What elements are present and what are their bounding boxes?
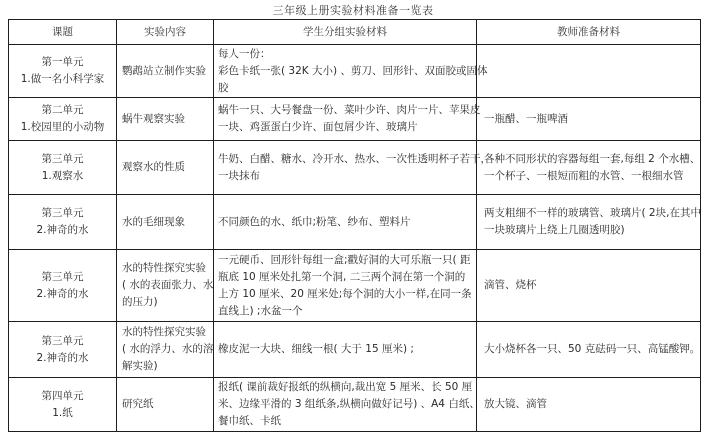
cell-teacher-materials-line: 大小烧杯各一只、50 克砝码一只、高锰酸钾。 [484, 341, 695, 358]
cell-teacher-materials: 一瓶醋、一瓶啤酒 [477, 98, 701, 141]
cell-topic: 第四单元1.纸 [9, 378, 117, 432]
cell-teacher-materials: 大小烧杯各一只、50 克砝码一只、高锰酸钾。 [477, 322, 701, 378]
cell-student-materials-line: 蜗牛一只、大号餐盘一份、菜叶少许、肉片一片、苹果皮 [218, 102, 471, 119]
cell-experiment-content-line: 水的毛细现象 [122, 214, 208, 231]
cell-experiment-content: 观察水的性质 [117, 141, 214, 195]
cell-experiment-content: 水的特性探究实验( 水的浮力、水的溶解实验) [117, 322, 214, 378]
cell-student-materials-line: 一块、鸡蛋蛋白少许、面包屑少许、玻璃片 [218, 119, 471, 136]
cell-topic: 第一单元1.做一名小科学家 [9, 45, 117, 98]
cell-topic: 第三单元2.神奇的水 [9, 195, 117, 250]
cell-teacher-materials: 各种不同形状的容器每组一套,每组 2 个水槽、一个杯子、一根短而粗的水管、一根细… [477, 141, 701, 195]
table-row: 第三单元2.神奇的水水的毛细现象不同颜色的水、纸巾;粉笔、纱布、塑料片两支粗细不… [9, 195, 701, 250]
cell-teacher-materials-line: 一块玻璃片上绕上几圈透明胶) [484, 222, 695, 239]
cell-teacher-materials-line: 放大镜、滴管 [484, 396, 695, 413]
cell-teacher-materials-line: 滴管、烧杯 [484, 277, 695, 294]
cell-teacher-materials: 滴管、烧杯 [477, 250, 701, 322]
cell-topic: 第三单元2.神奇的水 [9, 250, 117, 322]
cell-experiment-content: 水的特性探究实验( 水的表面张力、水的压力) [117, 250, 214, 322]
cell-topic-line: 1.校园里的小动物 [14, 119, 111, 136]
cell-topic: 第三单元1.观察水 [9, 141, 117, 195]
cell-topic-line: 第三单元 [14, 205, 111, 222]
cell-student-materials-line: 一元硬币、回形针每组一盒;戳好洞的大可乐瓶一只( 距 [218, 252, 471, 269]
materials-table: 课题 实验内容 学生分组实验材料 教师准备材料 第一单元1.做一名小科学家鹦鹉站… [8, 19, 701, 432]
cell-student-materials: 一元硬币、回形针每组一盒;戳好洞的大可乐瓶一只( 距瓶底 10 厘米处扎第一个洞… [214, 250, 477, 322]
document-title: 三年级上册实验材料准备一览表 [0, 2, 706, 18]
cell-student-materials: 蜗牛一只、大号餐盘一份、菜叶少许、肉片一片、苹果皮一块、鸡蛋蛋白少许、面包屑少许… [214, 98, 477, 141]
cell-teacher-materials: 两支粗细不一样的玻璃管、玻璃片( 2块,在其中一块玻璃片上绕上几圈透明胶) [477, 195, 701, 250]
cell-student-materials-line: 一块抹布 [218, 168, 471, 185]
cell-topic-line: 2.神奇的水 [14, 222, 111, 239]
cell-experiment-content: 研究纸 [117, 378, 214, 432]
cell-topic-line: 2.神奇的水 [14, 286, 111, 303]
cell-topic-line: 第二单元 [14, 102, 111, 119]
cell-teacher-materials [477, 45, 701, 98]
table-row: 第一单元1.做一名小科学家鹦鹉站立制作实验每人一份：彩色卡纸一张( 32K 大小… [9, 45, 701, 98]
cell-experiment-content-line: ( 水的表面张力、水 [122, 277, 208, 294]
cell-topic-line: 第三单元 [14, 333, 111, 350]
cell-student-materials-line: 不同颜色的水、纸巾;粉笔、纱布、塑料片 [218, 214, 471, 231]
cell-topic: 第三单元2.神奇的水 [9, 322, 117, 378]
cell-experiment-content-line: 研究纸 [122, 396, 208, 413]
cell-student-materials-line: 餐巾纸、卡纸 [218, 413, 471, 430]
cell-student-materials-line: 每人一份： [218, 46, 471, 63]
table-row: 第四单元1.纸研究纸报纸( 课前裁好报纸的纵横向,裁出宽 5 厘米、长 50 厘… [9, 378, 701, 432]
table-row: 第二单元1.校园里的小动物蜗牛观察实验蜗牛一只、大号餐盘一份、菜叶少许、肉片一片… [9, 98, 701, 141]
header-topic: 课题 [9, 20, 117, 45]
cell-experiment-content: 鹦鹉站立制作实验 [117, 45, 214, 98]
cell-topic-line: 2.神奇的水 [14, 350, 111, 367]
cell-experiment-content-line: 观察水的性质 [122, 159, 208, 176]
cell-teacher-materials-line: 一个杯子、一根短而粗的水管、一根细水管 [484, 168, 695, 185]
cell-student-materials: 牛奶、白醋、糖水、冷开水、热水、一次性透明杯子若干，一块抹布 [214, 141, 477, 195]
cell-student-materials-line: 彩色卡纸一张( 32K 大小) 、剪刀、回形针、双面胶或固体 [218, 63, 471, 80]
cell-topic-line: 第一单元 [14, 54, 111, 71]
cell-experiment-content-line: 水的特性探究实验 [122, 260, 208, 277]
cell-topic-line: 第四单元 [14, 388, 111, 405]
cell-topic-line: 1.做一名小科学家 [14, 71, 111, 88]
cell-topic-line: 第三单元 [14, 151, 111, 168]
cell-topic-line: 1.观察水 [14, 168, 111, 185]
cell-teacher-materials: 放大镜、滴管 [477, 378, 701, 432]
cell-student-materials-line: 米、边缘平滑的 3 组纸条,纵横向做好记号) 、A4 白纸、 [218, 396, 471, 413]
cell-experiment-content-line: 水的特性探究实验 [122, 324, 208, 341]
cell-experiment-content-line: 解实验) [122, 358, 208, 375]
cell-student-materials-line: 报纸( 课前裁好报纸的纵横向,裁出宽 5 厘米、长 50 厘 [218, 379, 471, 396]
cell-student-materials-line: 直线上) ;水盆一个 [218, 303, 471, 320]
cell-student-materials: 橡皮泥一大块、细线一根( 大于 15 厘米) ; [214, 322, 477, 378]
cell-experiment-content-line: ( 水的浮力、水的溶 [122, 341, 208, 358]
cell-student-materials-line: 胶 [218, 80, 471, 97]
header-content: 实验内容 [117, 20, 214, 45]
cell-student-materials: 报纸( 课前裁好报纸的纵横向,裁出宽 5 厘米、长 50 厘米、边缘平滑的 3 … [214, 378, 477, 432]
table-header-row: 课题 实验内容 学生分组实验材料 教师准备材料 [9, 20, 701, 45]
header-student-materials: 学生分组实验材料 [214, 20, 477, 45]
cell-student-materials: 不同颜色的水、纸巾;粉笔、纱布、塑料片 [214, 195, 477, 250]
cell-topic-line: 第三单元 [14, 269, 111, 286]
cell-experiment-content-line: 的压力) [122, 294, 208, 311]
cell-experiment-content-line: 蜗牛观察实验 [122, 111, 208, 128]
cell-student-materials-line: 瓶底 10 厘米处扎第一个洞, 二三两个洞在第一个洞的 [218, 269, 471, 286]
cell-student-materials-line: 橡皮泥一大块、细线一根( 大于 15 厘米) ; [218, 341, 471, 358]
table-row: 第三单元2.神奇的水水的特性探究实验( 水的表面张力、水的压力)一元硬币、回形针… [9, 250, 701, 322]
cell-teacher-materials-line: 一瓶醋、一瓶啤酒 [484, 111, 695, 128]
cell-topic: 第二单元1.校园里的小动物 [9, 98, 117, 141]
cell-student-materials-line: 牛奶、白醋、糖水、冷开水、热水、一次性透明杯子若干， [218, 151, 471, 168]
table-row: 第三单元1.观察水观察水的性质牛奶、白醋、糖水、冷开水、热水、一次性透明杯子若干… [9, 141, 701, 195]
cell-student-materials: 每人一份：彩色卡纸一张( 32K 大小) 、剪刀、回形针、双面胶或固体胶 [214, 45, 477, 98]
cell-teacher-materials-line: 各种不同形状的容器每组一套,每组 2 个水槽、 [484, 151, 695, 168]
header-teacher-materials: 教师准备材料 [477, 20, 701, 45]
cell-experiment-content-line: 鹦鹉站立制作实验 [122, 63, 208, 80]
cell-student-materials-line: 上方 10 厘米、20 厘米处;每个洞的大小一样,在同一条 [218, 286, 471, 303]
cell-experiment-content: 蜗牛观察实验 [117, 98, 214, 141]
table-row: 第三单元2.神奇的水水的特性探究实验( 水的浮力、水的溶解实验)橡皮泥一大块、细… [9, 322, 701, 378]
cell-experiment-content: 水的毛细现象 [117, 195, 214, 250]
cell-teacher-materials-line: 两支粗细不一样的玻璃管、玻璃片( 2块,在其中 [484, 205, 695, 222]
cell-topic-line: 1.纸 [14, 405, 111, 422]
